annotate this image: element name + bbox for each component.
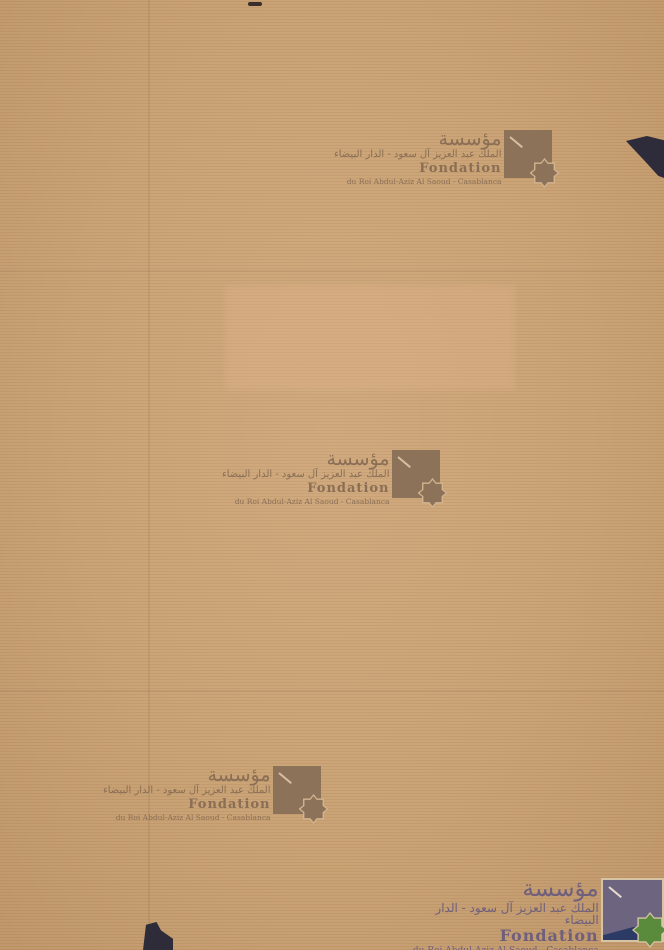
foundation-logo-icon	[601, 878, 664, 942]
watermark-french-title: Fondation	[103, 798, 271, 811]
watermark-arabic-subtitle: الملك عبد العزيز آل سعود - الدار البيضاء	[103, 786, 271, 796]
watermark-french-title: Fondation	[222, 482, 390, 495]
foundation-logo-icon	[273, 766, 321, 814]
watermark-text: مؤسسة الملك عبد العزيز آل سعود - الدار ا…	[222, 450, 390, 506]
watermark-french-title: Fondation	[400, 928, 599, 944]
ink-mark	[248, 2, 262, 6]
watermark-french-title: Fondation	[334, 162, 502, 175]
faded-label-patch	[225, 285, 515, 390]
foundation-logo-icon	[392, 450, 440, 498]
watermark-arabic-subtitle: الملك عبد العزيز آل سعود - الدار البيضاء	[334, 150, 502, 160]
watermark-arabic-subtitle: الملك عبد العزيز آل سعود - الدار البيضاء	[400, 902, 599, 926]
watermark: مؤسسة الملك عبد العزيز آل سعود - الدار ا…	[334, 130, 552, 186]
foundation-logo-icon	[504, 130, 552, 178]
watermark-arabic-title: مؤسسة	[103, 766, 271, 785]
watermark-arabic-title: مؤسسة	[222, 450, 390, 469]
paper-fold-line	[0, 270, 664, 272]
watermark: مؤسسة الملك عبد العزيز آل سعود - الدار ا…	[222, 450, 440, 506]
watermark-arabic-title: مؤسسة	[400, 878, 599, 901]
watermark-french-subtitle: du Roi Abdul-Aziz Al Saoud - Casablanca	[334, 178, 502, 186]
watermark-french-subtitle: du Roi Abdul-Aziz Al Saoud - Casablanca	[103, 814, 271, 822]
watermark-text: مؤسسة الملك عبد العزيز آل سعود - الدار ا…	[334, 130, 502, 186]
paper-fold-line	[0, 690, 664, 692]
watermark-text: مؤسسة الملك عبد العزيز آل سعود - الدار ا…	[103, 766, 271, 822]
watermark: مؤسسة الملك عبد العزيز آل سعود - الدار ا…	[103, 766, 321, 822]
watermark-arabic-subtitle: الملك عبد العزيز آل سعود - الدار البيضاء	[222, 470, 390, 480]
watermark-arabic-title: مؤسسة	[334, 130, 502, 149]
watermark-french-subtitle: du Roi Abdul-Aziz Al Saoud - Casablanca	[222, 498, 390, 506]
watermark-text: مؤسسة الملك عبد العزيز آل سعود - الدار ا…	[400, 878, 599, 950]
watermark-color: مؤسسة الملك عبد العزيز آل سعود - الدار ا…	[400, 878, 664, 950]
